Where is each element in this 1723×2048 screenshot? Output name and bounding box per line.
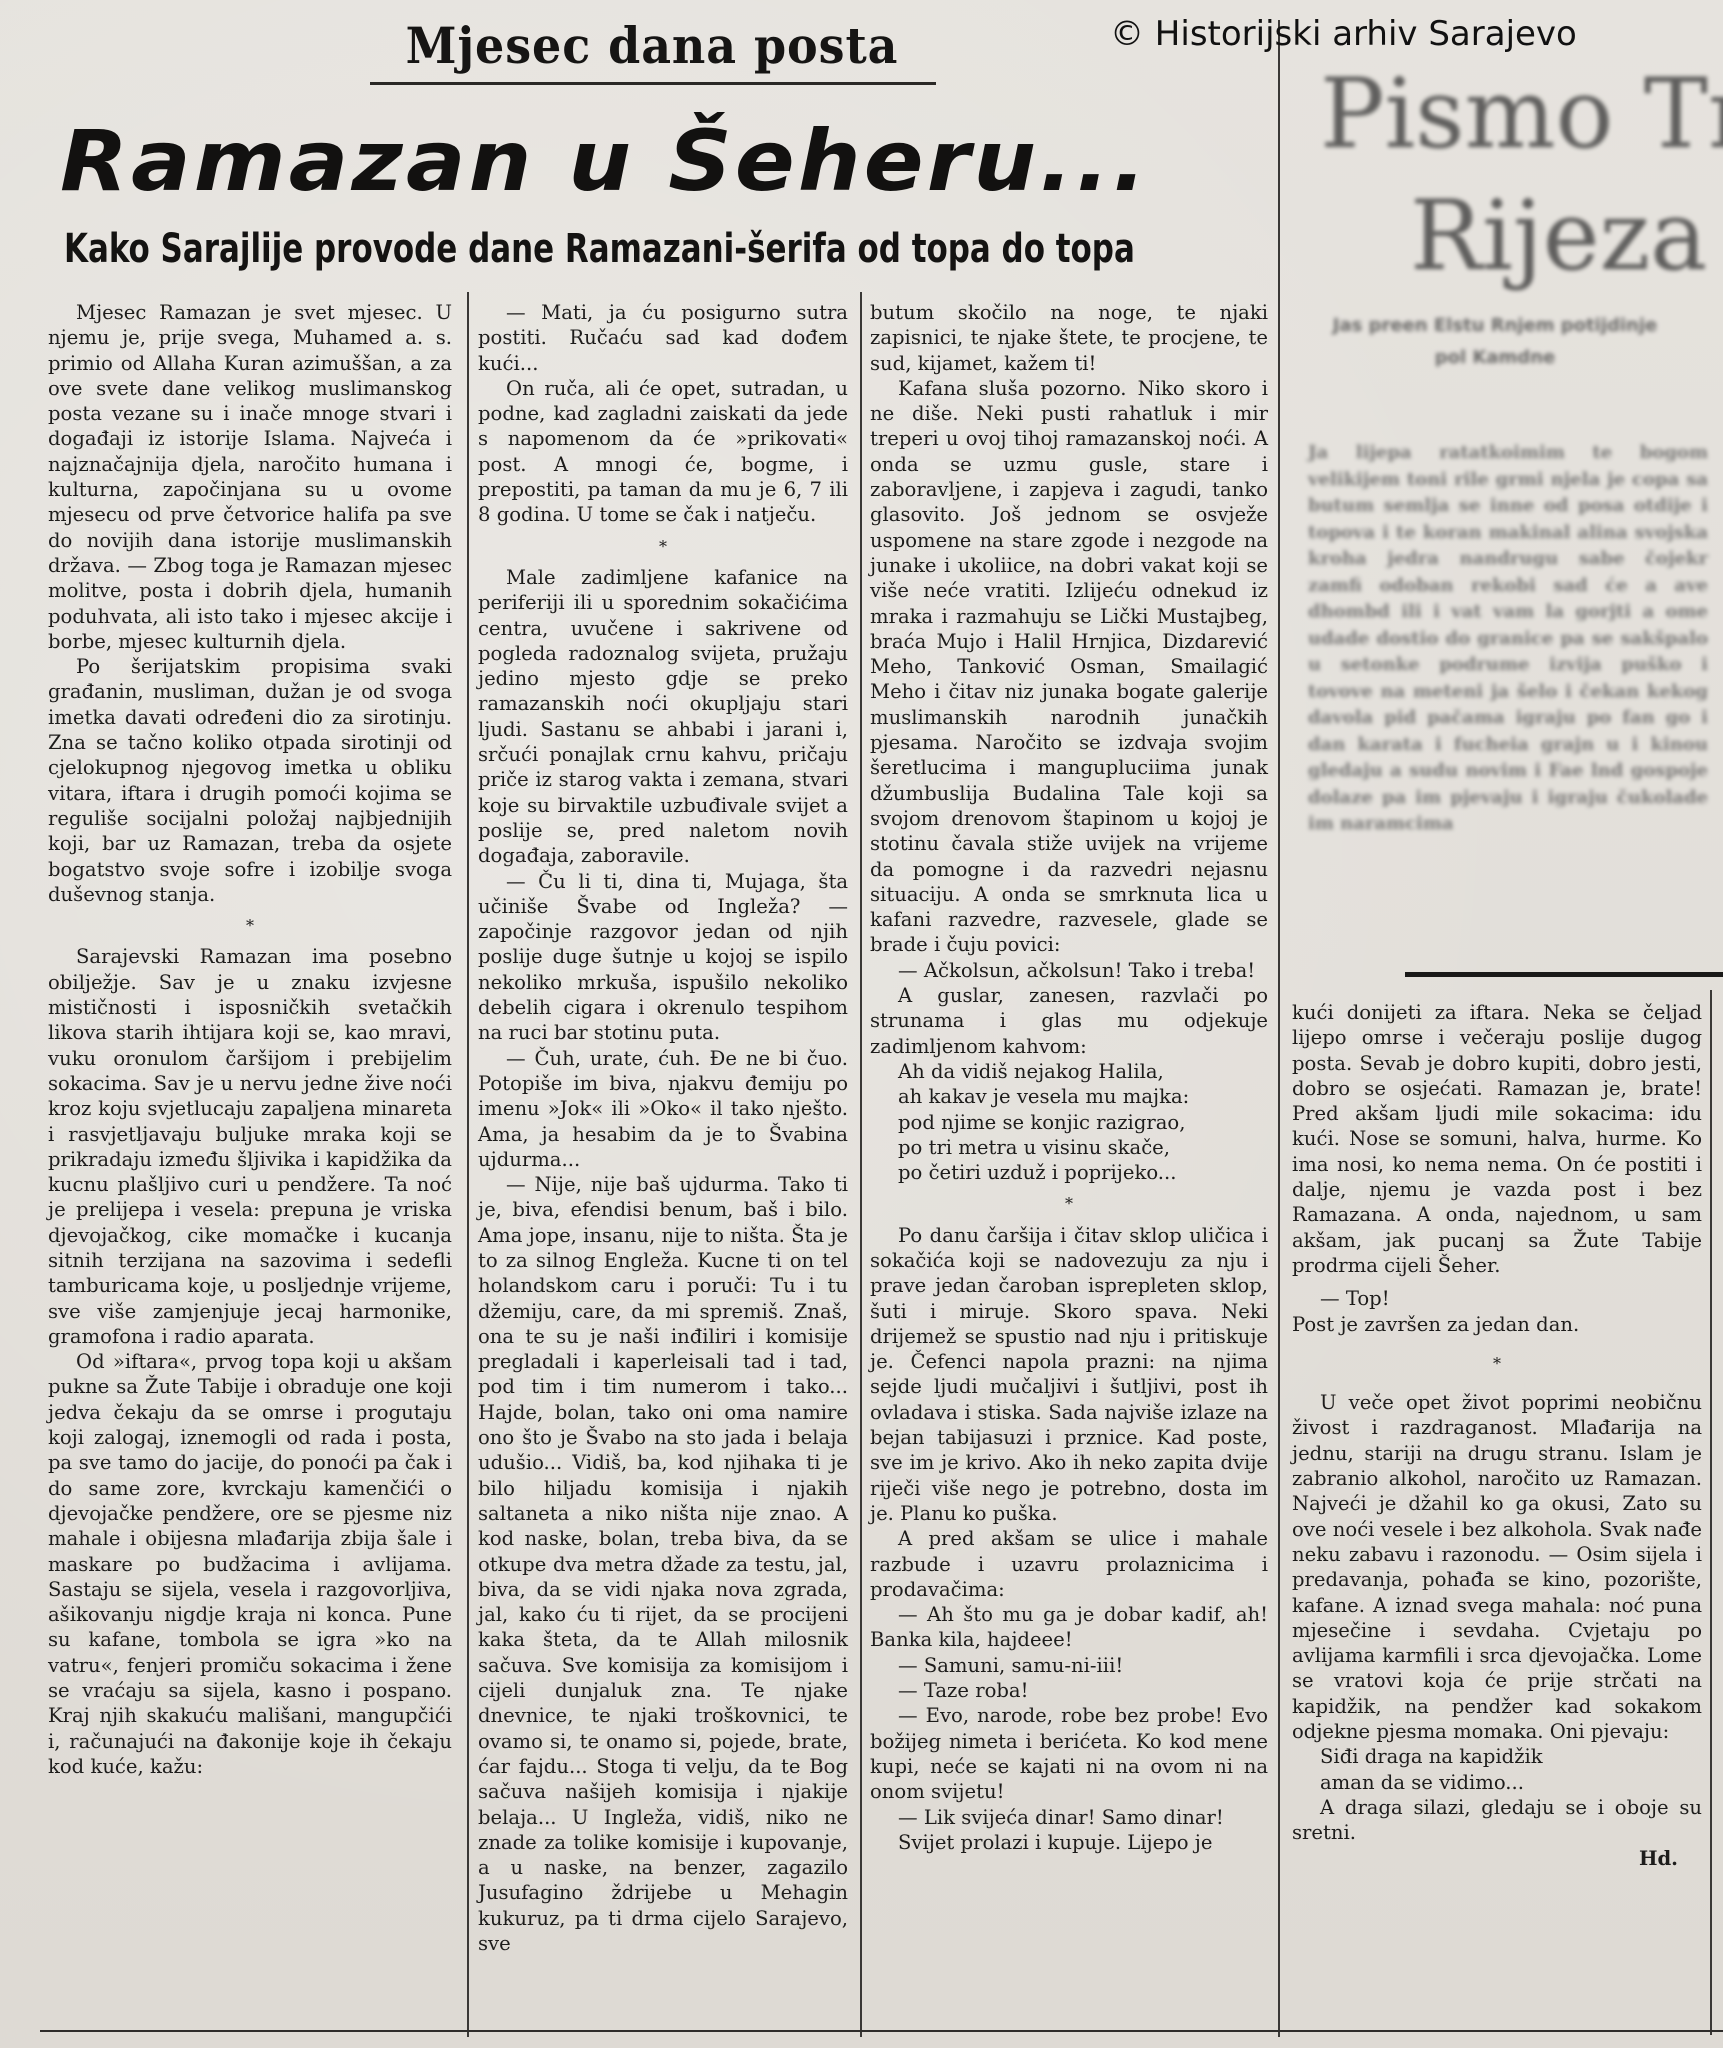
archive-watermark: © Historijski arhiv Sarajevo (1110, 14, 1577, 54)
neighbor-article-blurred: Pismo Tri Rijeza Jas preen Elstu Rnjem p… (1290, 40, 1723, 980)
verse-line: po tri metra u visinu skače, (870, 1135, 1268, 1160)
paragraph: Male zadimljene kafanice na periferiji i… (478, 565, 848, 869)
section-separator: * (48, 913, 452, 938)
column-divider (860, 292, 862, 2037)
column-divider (1278, 20, 1280, 2037)
section-separator: * (478, 534, 848, 559)
paragraph: A pred akšam se ulice i mahale razbude i… (870, 1526, 1268, 1602)
paragraph: Po šerijatskim propisima svaki građanin,… (48, 654, 452, 907)
verse-line: po četiri uzduž i poprijeko... (870, 1160, 1268, 1185)
neighbor-subtitle: Jas preen Elstu Rnjem potijdinje pol Kam… (1330, 310, 1660, 374)
paragraph: — Top! (1292, 1286, 1702, 1311)
paragraph: — Ačkolsun, ačkolsun! Tako i treba! (870, 958, 1268, 983)
article-subheadline: Kako Sarajlije provode dane Ramazani-šer… (64, 226, 1096, 272)
paragraph: Post je završen za jedan dan. (1292, 1312, 1702, 1337)
article-bottom-rule (40, 2030, 1723, 2032)
paragraph: — Čuh, urate, ćuh. Đe ne bi čuo. Potopiš… (478, 1046, 848, 1172)
verse-line: Siđi draga na kapidžik (1292, 1744, 1702, 1769)
paragraph: Od »iftara«, prvog topa koji u akšam puk… (48, 1349, 452, 1779)
paragraph: butum skočilo na noge, te njaki zapisnic… (870, 300, 1268, 376)
paragraph: — Nije, nije baš ujdurma. Tako ti je, bi… (478, 1172, 848, 1956)
paragraph: — Lik svijeća dinar! Samo dinar! (870, 1805, 1268, 1830)
verse-line: pod njime se konjic razigrao, (870, 1110, 1268, 1135)
paragraph: Svijet prolazi i kupuje. Lijepo je (870, 1830, 1268, 1855)
paragraph: — Mati, ja ću posigurno sutra postiti. R… (478, 300, 848, 376)
article-column-4: kući donijeti za iftara. Neka se čeljad … (1292, 1000, 1702, 1871)
column-divider (1710, 990, 1712, 2035)
article-headline: Ramazan u Šeheru... (60, 112, 1320, 210)
verse-line: aman da se vidimo... (1292, 1770, 1702, 1795)
paragraph: U veče opet život poprimi neobičnu živos… (1292, 1390, 1702, 1744)
verse-line: Ah da vidiš nejakog Halila, (870, 1059, 1268, 1084)
paragraph: — Samuni, samu-ni-iii! (870, 1653, 1268, 1678)
paragraph: — Taze roba! (870, 1678, 1268, 1703)
article-kicker: Mjesec dana posta (391, 16, 914, 75)
article-column-3: butum skočilo na noge, te njaki zapisnic… (870, 300, 1268, 1855)
paragraph: Kafana sluša pozorno. Niko skoro i ne di… (870, 376, 1268, 958)
paragraph: A draga silazi, gledaju se i oboje su sr… (1292, 1795, 1702, 1846)
paragraph: A guslar, zanesen, razvlači po strunama … (870, 983, 1268, 1059)
paragraph: On ruča, ali će opet, sutradan, u podne,… (478, 376, 848, 528)
section-separator: * (870, 1191, 1268, 1216)
verse-line: ah kakav je vesela mu majka: (870, 1084, 1268, 1109)
section-separator: * (1292, 1351, 1702, 1376)
paragraph: kući donijeti za iftara. Neka se čeljad … (1292, 1000, 1702, 1278)
kicker-underline (370, 82, 936, 85)
paragraph: — Evo, narode, robe bez probe! Evo božij… (870, 1703, 1268, 1804)
paragraph: — Ču li ti, dina ti, Mujaga, šta učiniše… (478, 869, 848, 1046)
column-divider (467, 292, 469, 2037)
paragraph: — Ah što mu ga je dobar kadif, ah! Banka… (870, 1602, 1268, 1653)
paragraph: Po danu čaršija i čitav sklop uličica i … (870, 1223, 1268, 1527)
article-column-2: — Mati, ja ću posigurno sutra postiti. R… (478, 300, 848, 1956)
neighbor-title-line-2: Rijeza (1410, 180, 1707, 292)
neighbor-body: Ja lijepa ratatkoimim te bogom velikijem… (1308, 440, 1708, 838)
paragraph: Sarajevski Ramazan ima posebno obilježje… (48, 944, 452, 1349)
neighbor-title-line-1: Pismo Tri (1320, 58, 1723, 170)
article-column-1: Mjesec Ramazan je svet mjesec. U njemu j… (48, 300, 452, 1779)
paragraph: Mjesec Ramazan je svet mjesec. U njemu j… (48, 300, 452, 654)
author-signature: Hd. (1292, 1846, 1702, 1871)
